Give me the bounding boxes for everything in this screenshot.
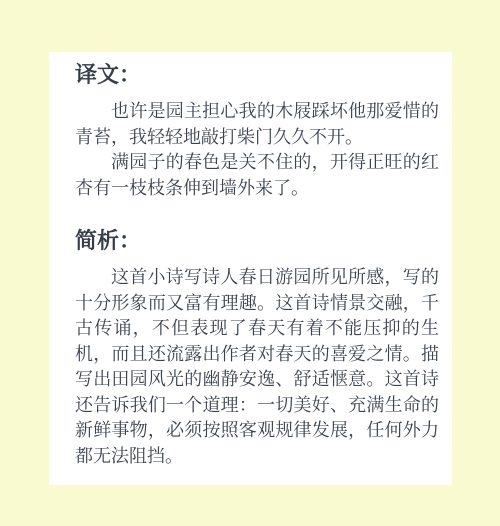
translation-paragraph-2: 满园子的春色是关不住的，开得正旺的红杏有一枝枝条伸到墙外来了。 (75, 150, 439, 201)
page-background: { "page": { "background_color": "#FAFAD1… (0, 0, 500, 526)
content-card: 译文： 也许是园主担心我的木屐踩坏他那爱惜的青苔，我轻轻地敲打柴门久久不开。 满… (49, 52, 452, 485)
analysis-paragraph: 这首小诗写诗人春日游园所见所感，写的十分形象而又富有理趣。这首诗情景交融，千古传… (75, 265, 439, 469)
section-heading-translation: 译文： (75, 60, 440, 90)
translation-paragraph-1: 也许是园主担心我的木屐踩坏他那爱惜的青苔，我轻轻地敲打柴门久久不开。 (75, 99, 439, 150)
section-heading-analysis: 简析： (75, 226, 440, 256)
